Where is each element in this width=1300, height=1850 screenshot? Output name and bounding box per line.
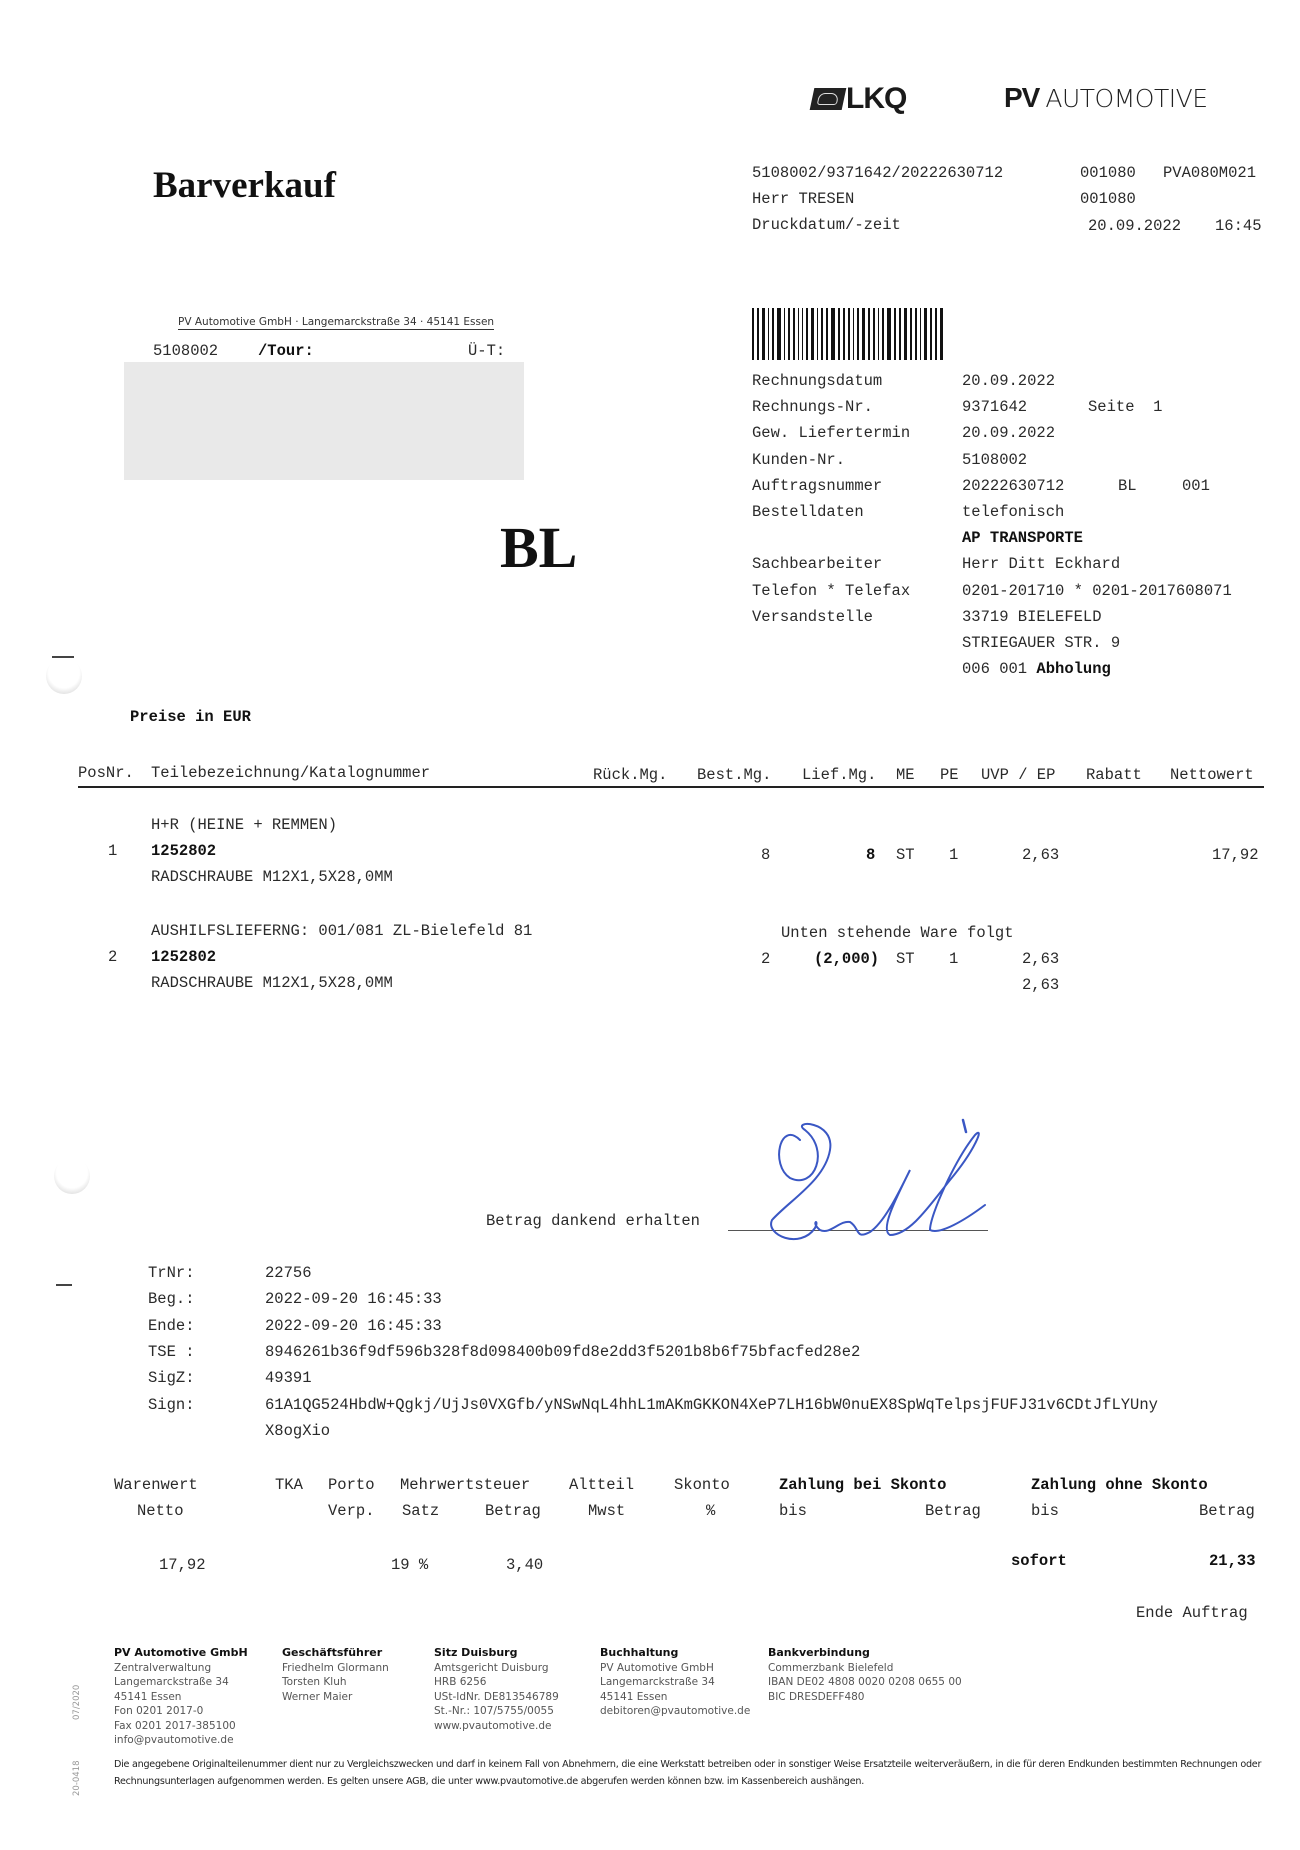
- totals-header-porto: Porto: [328, 1476, 375, 1494]
- totals-header-tka: TKA: [275, 1476, 303, 1494]
- contact-person: Herr TRESEN: [752, 190, 854, 208]
- invoice-info-value: STRIEGAUER STR. 9: [962, 634, 1120, 652]
- tse-value: 61A1QG524HbdW+Qgkj/UjJs0VXGfb/yNSwNqL4hh…: [265, 1396, 1158, 1414]
- totals-header-mwst: Mehrwertsteuer: [400, 1476, 530, 1494]
- totals-vat-rate: 19 %: [391, 1556, 428, 1574]
- totals-header-betrag: Betrag: [485, 1502, 541, 1520]
- form-version: 07/2020: [72, 1685, 82, 1720]
- totals-header-bis-2: bis: [1031, 1502, 1059, 1520]
- customer-number: 5108002: [153, 342, 218, 360]
- col-best-mg: Best.Mg.: [697, 766, 771, 784]
- footer-column-heading: Bankverbindung: [768, 1646, 962, 1661]
- tour-label: /Tour:: [258, 342, 314, 360]
- print-datetime-label: Druckdatum/-zeit: [752, 216, 901, 234]
- tse-label: SigZ:: [148, 1369, 195, 1387]
- col-posnr: PosNr.: [78, 764, 134, 782]
- totals-header-skonto-pct: %: [706, 1502, 715, 1520]
- reference-code-2: PVA080M021: [1163, 164, 1256, 182]
- footer-line: St.-Nr.: 107/5755/0055: [434, 1704, 559, 1719]
- invoice-info-extra: Seite 1: [1088, 398, 1162, 416]
- footer-line: IBAN DE02 4808 0020 0208 0655 00: [768, 1675, 962, 1690]
- row-nettowert: 17,92: [1212, 846, 1259, 864]
- col-rabatt: Rabatt: [1086, 766, 1142, 784]
- footer-line: USt-IdNr. DE813546789: [434, 1690, 559, 1705]
- invoice-info-label: Telefon * Telefax: [752, 582, 910, 600]
- footer-column: BuchhaltungPV Automotive GmbHLangemarcks…: [600, 1646, 750, 1719]
- row-note: Unten stehende Ware folgt: [781, 924, 1014, 942]
- footer-line: Fax 0201 2017-385100: [114, 1719, 248, 1734]
- footer-line: 45141 Essen: [600, 1690, 750, 1705]
- footer-line: Commerzbank Bielefeld: [768, 1661, 962, 1676]
- receipt-label: Betrag dankend erhalten: [486, 1212, 700, 1230]
- invoice-info-value: 5108002: [962, 451, 1027, 469]
- footer-column-heading: Sitz Duisburg: [434, 1646, 559, 1661]
- invoice-info-value: 006 001 Abholung: [962, 660, 1111, 678]
- invoice-info-value: Herr Ditt Eckhard: [962, 555, 1120, 573]
- tse-value: X8ogXio: [265, 1422, 330, 1440]
- footer-line: Langemarckstraße 34: [600, 1675, 750, 1690]
- totals-header-satz: Satz: [402, 1502, 439, 1520]
- totals-amount-due: 21,33: [1209, 1552, 1256, 1570]
- footer-column: PV Automotive GmbHZentralverwaltungLange…: [114, 1646, 248, 1748]
- invoice-info-value: 20.09.2022: [962, 424, 1055, 442]
- col-uvp-ep: UVP / EP: [981, 766, 1055, 784]
- row-lief-mg: (2,000): [814, 950, 879, 968]
- invoice-info-label: Bestelldaten: [752, 503, 864, 521]
- invoice-info-label: Rechnungs-Nr.: [752, 398, 873, 416]
- footer-line: HRB 6256: [434, 1675, 559, 1690]
- totals-header-verp: Verp.: [328, 1502, 375, 1520]
- row-best-mg: 2: [761, 950, 770, 968]
- row-ep-total: 2,63: [1022, 976, 1059, 994]
- col-me: ME: [896, 766, 915, 784]
- footer-line: www.pvautomotive.de: [434, 1719, 559, 1734]
- footer-line: Zentralverwaltung: [114, 1661, 248, 1676]
- row-supplier: H+R (HEINE + REMMEN): [151, 816, 337, 834]
- lkq-logo: LKQ: [812, 84, 906, 114]
- col-teilebezeichnung: Teilebezeichnung/Katalognummer: [151, 764, 430, 782]
- totals-header-zahlung-bei-skonto: Zahlung bei Skonto: [779, 1476, 946, 1494]
- col-pe: PE: [940, 766, 959, 784]
- fold-mark-top: [52, 656, 74, 658]
- totals-header-altteil: Altteil: [569, 1476, 634, 1494]
- invoice-info-label: Versandstelle: [752, 608, 873, 626]
- totals-header-skonto: Skonto: [674, 1476, 730, 1494]
- footer-column: BankverbindungCommerzbank BielefeldIBAN …: [768, 1646, 962, 1704]
- row-description: RADSCHRAUBE M12X1,5X28,0MM: [151, 974, 393, 992]
- invoice-info-label: Gew. Liefertermin: [752, 424, 910, 442]
- currency-note: Preise in EUR: [130, 708, 251, 726]
- punch-hole-bottom: [54, 1158, 90, 1194]
- totals-header-betrag-1: Betrag: [925, 1502, 981, 1520]
- col-lief-mg: Lief.Mg.: [802, 766, 876, 784]
- totals-vat-amount: 3,40: [506, 1556, 543, 1574]
- totals-header-bis-1: bis: [779, 1502, 807, 1520]
- invoice-info-label: Auftragsnummer: [752, 477, 882, 495]
- footer-line: info@pvautomotive.de: [114, 1733, 248, 1748]
- footer-column-heading: Buchhaltung: [600, 1646, 750, 1661]
- fold-mark-middle: [56, 1284, 72, 1286]
- row-pos: 1: [108, 842, 117, 860]
- print-time: 16:45: [1215, 217, 1262, 235]
- legal-disclaimer: Die angegebene Originalteilenummer dient…: [114, 1756, 1264, 1790]
- invoice-info-value: 20222630712: [962, 477, 1064, 495]
- tse-label: Ende:: [148, 1317, 195, 1335]
- totals-header-betrag-2: Betrag: [1199, 1502, 1255, 1520]
- footer-line: Langemarckstraße 34: [114, 1675, 248, 1690]
- invoice-info-value: 0201-201710 * 0201-2017608071: [962, 582, 1232, 600]
- col-rueck-mg: Rück.Mg.: [593, 766, 667, 784]
- pv-automotive-logo: PV AUTOMOTIVE: [1004, 82, 1208, 114]
- tse-label: Sign:: [148, 1396, 195, 1414]
- tse-label: TSE :: [148, 1343, 195, 1361]
- invoice-info-label: Sachbearbeiter: [752, 555, 882, 573]
- row-lief-mg: 8: [866, 846, 875, 864]
- footer-line: Werner Maier: [282, 1690, 389, 1705]
- totals-header-altteil-mwst: Mwst: [588, 1502, 625, 1520]
- contact-person-code: 001080: [1080, 190, 1136, 208]
- footer-line: Torsten Kluh: [282, 1675, 389, 1690]
- invoice-info-extra: BL: [1118, 477, 1137, 495]
- row-supplier: AUSHILFSLIEFERNG: 001/081 ZL-Bielefeld 8…: [151, 922, 532, 940]
- row-description: RADSCHRAUBE M12X1,5X28,0MM: [151, 868, 393, 886]
- row-part-number: 1252802: [151, 842, 216, 860]
- totals-netto-value: 17,92: [159, 1556, 206, 1574]
- footer-line: BIC DRESDEFF480: [768, 1690, 962, 1705]
- footer-line: Friedhelm Glormann: [282, 1661, 389, 1676]
- tse-value: 2022-09-20 16:45:33: [265, 1317, 442, 1335]
- footer-line: Fon 0201 2017-0: [114, 1704, 248, 1719]
- footer-line: debitoren@pvautomotive.de: [600, 1704, 750, 1719]
- totals-due-date: sofort: [1011, 1552, 1067, 1570]
- tse-value: 2022-09-20 16:45:33: [265, 1290, 442, 1308]
- footer-line: 45141 Essen: [114, 1690, 248, 1705]
- footer-line: Amtsgericht Duisburg: [434, 1661, 559, 1676]
- footer-column: Sitz DuisburgAmtsgericht DuisburgHRB 625…: [434, 1646, 559, 1733]
- tse-value: 22756: [265, 1264, 312, 1282]
- col-nettowert: Nettowert: [1170, 766, 1254, 784]
- reference-code-1: 001080: [1080, 164, 1136, 182]
- reference-line: 5108002/9371642/20222630712: [752, 164, 1003, 182]
- totals-header-warenwert: Warenwert: [114, 1476, 198, 1494]
- invoice-info-label: Rechnungsdatum: [752, 372, 882, 390]
- branch-stamp: BL: [500, 514, 577, 581]
- row-ep: 2,63: [1022, 846, 1059, 864]
- footer-line: PV Automotive GmbH: [600, 1661, 750, 1676]
- footer-column: GeschäftsführerFriedhelm GlormannTorsten…: [282, 1646, 389, 1704]
- totals-header-zahlung-ohne-skonto: Zahlung ohne Skonto: [1031, 1476, 1208, 1494]
- ut-label: Ü-T:: [468, 342, 505, 360]
- invoice-info-label: Kunden-Nr.: [752, 451, 845, 469]
- sender-address-line: PV Automotive GmbH · Langemarckstraße 34…: [178, 316, 494, 330]
- tse-value: 49391: [265, 1369, 312, 1387]
- row-ep: 2,63: [1022, 950, 1059, 968]
- row-part-number: 1252802: [151, 948, 216, 966]
- form-code: 20-0418: [72, 1760, 82, 1796]
- document-title: Barverkauf: [153, 164, 336, 207]
- row-pe: 1: [949, 846, 958, 864]
- invoice-info-value: 20.09.2022: [962, 372, 1055, 390]
- invoice-info-value: AP TRANSPORTE: [962, 529, 1083, 547]
- row-best-mg: 8: [761, 846, 770, 864]
- tse-label: Beg.:: [148, 1290, 195, 1308]
- totals-header-netto: Netto: [137, 1502, 184, 1520]
- barcode: [752, 308, 946, 360]
- tse-value: 8946261b36f9df596b328f8d098400b09fd8e2dd…: [265, 1343, 860, 1361]
- row-me: ST: [896, 950, 915, 968]
- invoice-info-extra: 001: [1182, 477, 1210, 495]
- invoice-info-value: 9371642: [962, 398, 1027, 416]
- row-me: ST: [896, 846, 915, 864]
- footer-column-heading: Geschäftsführer: [282, 1646, 389, 1661]
- handwritten-signature: [760, 1110, 1020, 1250]
- row-pos: 2: [108, 948, 117, 966]
- shipping-method: Abholung: [1027, 660, 1111, 678]
- punch-hole-top: [46, 658, 82, 694]
- tse-label: TrNr:: [148, 1264, 195, 1282]
- footer-column-heading: PV Automotive GmbH: [114, 1646, 248, 1661]
- redacted-customer-address: [124, 362, 524, 480]
- print-date: 20.09.2022: [1088, 217, 1181, 235]
- car-icon: [810, 88, 847, 110]
- row-pe: 1: [949, 950, 958, 968]
- invoice-info-value: telefonisch: [962, 503, 1064, 521]
- end-of-order-note: Ende Auftrag: [1136, 1604, 1248, 1622]
- invoice-info-value: 33719 BIELEFELD: [962, 608, 1102, 626]
